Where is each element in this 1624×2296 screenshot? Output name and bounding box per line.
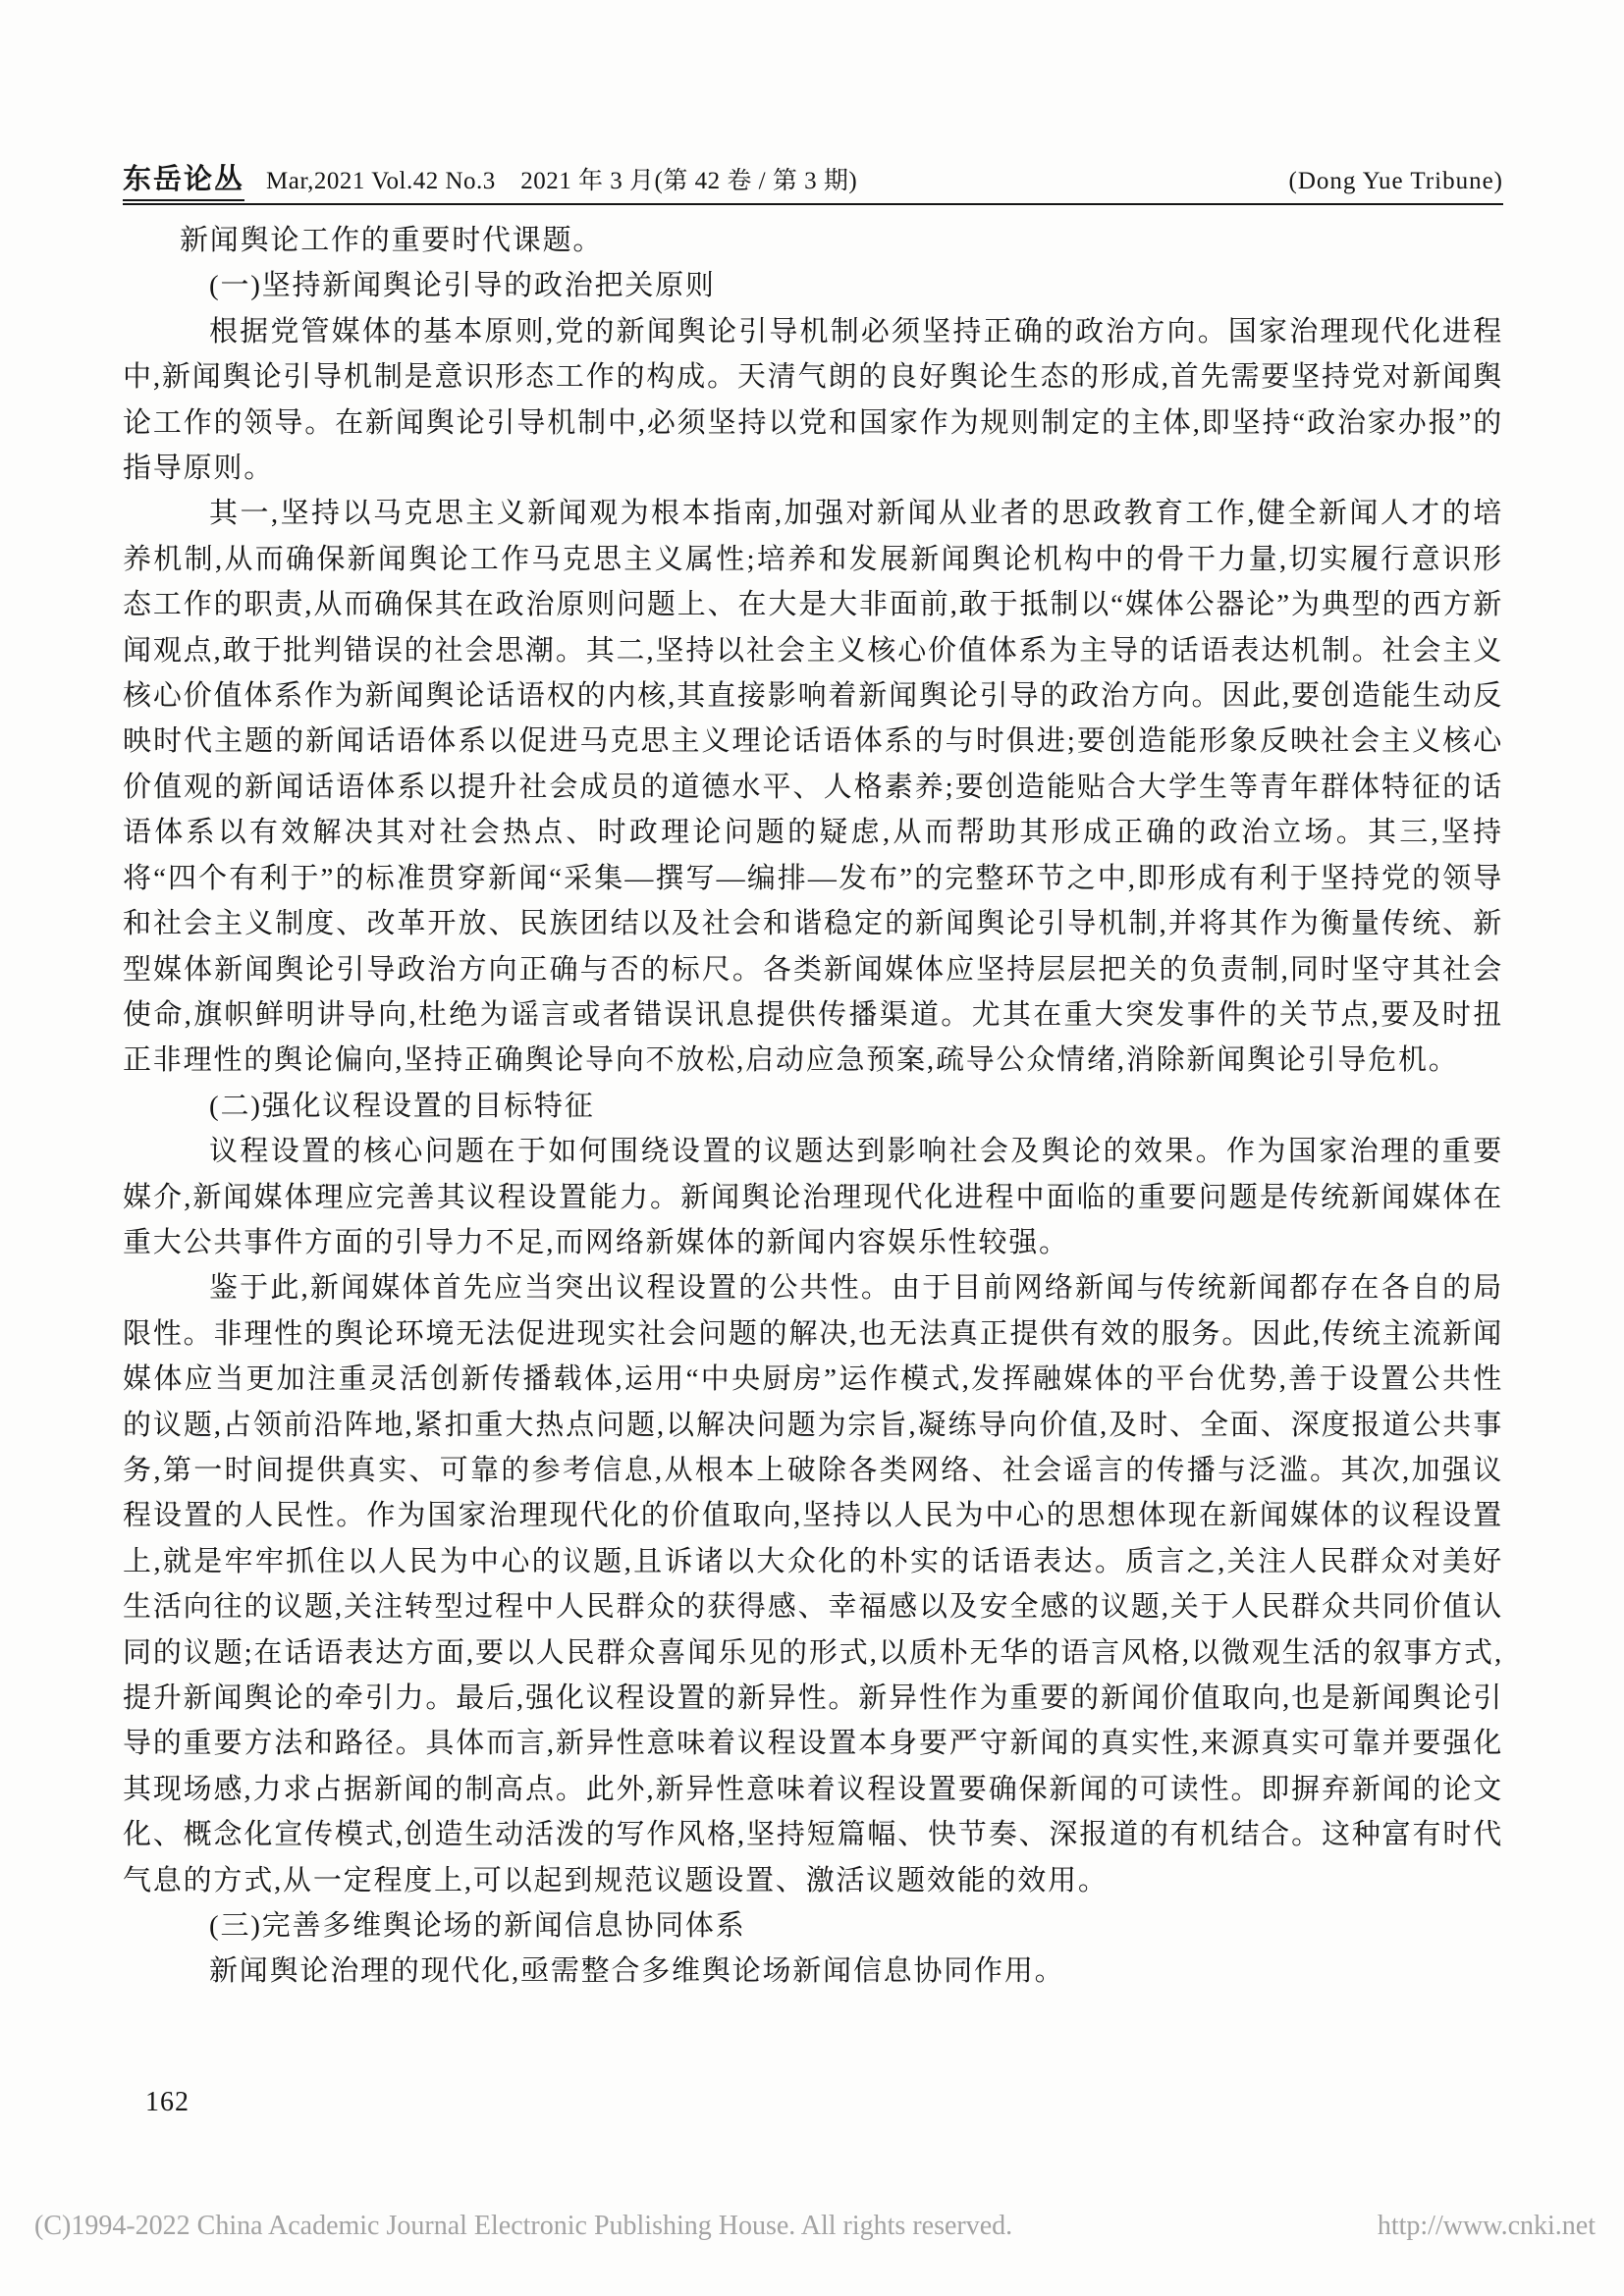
- page-number: 162: [145, 2087, 189, 2118]
- paragraph: 新闻舆论工作的重要时代课题。: [123, 218, 1503, 263]
- issue-info: Mar,2021 Vol.42 No.3 2021 年 3 月(第 42 卷 /…: [266, 161, 857, 196]
- paragraph: 根据党管媒体的基本原则,党的新闻舆论引导机制必须坚持正确的政治方向。国家治理现代…: [123, 309, 1503, 492]
- paragraph: 鉴于此,新闻媒体首先应当突出议程设置的公共性。由于目前网络新闻与传统新闻都存在各…: [123, 1265, 1503, 1903]
- paragraph: 新闻舆论治理的现代化,亟需整合多维舆论场新闻信息协同作用。: [123, 1949, 1503, 1994]
- section-heading: (三)完善多维舆论场的新闻信息协同体系: [123, 1903, 1503, 1949]
- paragraph: 议程设置的核心问题在于如何围绕设置的议题达到影响社会及舆论的效果。作为国家治理的…: [123, 1129, 1503, 1265]
- cnki-url: http://www.cnki.net: [1378, 2211, 1596, 2242]
- header-left-group: 东岳论丛 Mar,2021 Vol.42 No.3 2021 年 3 月(第 4…: [123, 157, 857, 201]
- journal-page: 东岳论丛 Mar,2021 Vol.42 No.3 2021 年 3 月(第 4…: [0, 0, 1624, 2296]
- section-heading: (二)强化议程设置的目标特征: [123, 1084, 1503, 1129]
- scan-footer: (C)1994-2022 China Academic Journal Elec…: [34, 2211, 1596, 2242]
- copyright-notice: (C)1994-2022 China Academic Journal Elec…: [34, 2211, 1012, 2242]
- header-divider-rule: [123, 203, 1503, 205]
- paragraph: 其一,坚持以马克思主义新闻观为根本指南,加强对新闻从业者的思政教育工作,健全新闻…: [123, 491, 1503, 1083]
- section-heading: (一)坚持新闻舆论引导的政治把关原则: [123, 263, 1503, 308]
- journal-name-english: (Dong Yue Tribune): [1289, 168, 1503, 195]
- journal-name: 东岳论丛: [123, 157, 244, 201]
- article-body: 新闻舆论工作的重要时代课题。(一)坚持新闻舆论引导的政治把关原则根据党管媒体的基…: [123, 218, 1503, 1995]
- page-header: 东岳论丛 Mar,2021 Vol.42 No.3 2021 年 3 月(第 4…: [123, 157, 1503, 201]
